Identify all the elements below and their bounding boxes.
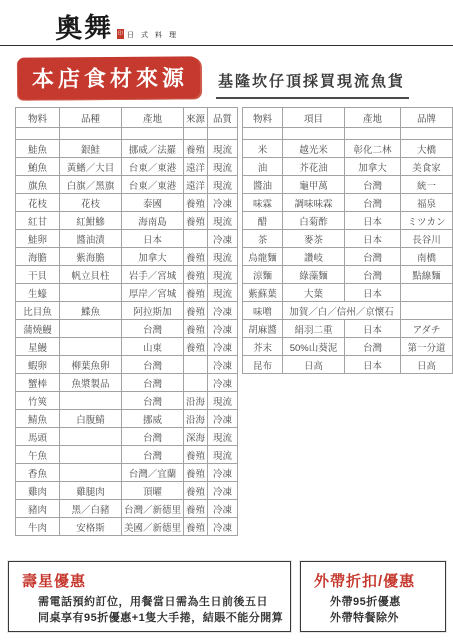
- table-cell: 竹筴: [16, 392, 60, 410]
- table-row: 紅甘紅魽鰺海南島養殖現流: [16, 212, 238, 230]
- table-cell: 台灣／宜蘭: [122, 464, 184, 482]
- table-cell: 養殖: [184, 464, 208, 482]
- table-header-row: 物料品種產地來源品質: [16, 108, 238, 128]
- column-header: 項目: [283, 108, 345, 128]
- table-cell: 養殖: [184, 248, 208, 266]
- table-cell: 鯖魚: [16, 410, 60, 428]
- table-cell: [60, 320, 122, 338]
- table-cell: 調味味霖: [283, 194, 345, 212]
- table-row: 生蠔厚岸／宮城養殖現流: [16, 284, 238, 302]
- table-cell: 午魚: [16, 446, 60, 464]
- table-cell: 冷凍: [208, 194, 238, 212]
- table-cell: 星鰻: [16, 338, 60, 356]
- table-cell: 現流: [208, 428, 238, 446]
- logo-subtitle: 日式料理: [127, 30, 183, 40]
- table-cell: 美國／新德里: [122, 518, 184, 536]
- table-cell: 養殖: [184, 518, 208, 536]
- table-cell: 雞腿肉: [60, 482, 122, 500]
- table-cell: 鮪魚: [16, 158, 60, 176]
- logo-calligraphy-text: 奧舞: [54, 5, 113, 46]
- table-row: 茶麥茶日本長谷川: [243, 230, 453, 248]
- takeout-promo-line: 外帶95折優惠: [314, 595, 439, 611]
- seafood-source-table: 物料品種產地來源品質鮭魚銀鮭挪威／法羅養殖現流鮪魚黃鰭／大目台東／東港遠洋現流旗…: [15, 107, 238, 536]
- table-cell: 冷凍: [208, 230, 238, 248]
- table-cell: 第一分道: [401, 338, 453, 356]
- table-cell: 冷凍: [208, 320, 238, 338]
- table-cell: 麥茶: [283, 230, 345, 248]
- table-cell: 烏龍麵: [243, 248, 283, 266]
- table-cell: 日本: [345, 212, 401, 230]
- table-row: 馬頭台灣深海現流: [16, 428, 238, 446]
- table-cell: 魚漿製品: [60, 374, 122, 392]
- table-cell: 台灣: [122, 428, 184, 446]
- table-row: 鮭魚銀鮭挪威／法羅養殖現流: [16, 140, 238, 158]
- table-row: 雞肉雞腿肉頂曜養殖冷凍: [16, 482, 238, 500]
- table-cell: 現流: [208, 212, 238, 230]
- table-cell: 冷凍: [208, 356, 238, 374]
- table-cell: ミツカン: [401, 212, 453, 230]
- table-row: 味霖調味味霖台灣福泉: [243, 194, 453, 212]
- table-cell: 鮭魚: [16, 140, 60, 158]
- table-cell: 蟹棒: [16, 374, 60, 392]
- table-row: 午魚台灣養殖現流: [16, 446, 238, 464]
- table-cell: 鮭卵: [16, 230, 60, 248]
- column-header: 來源: [184, 108, 208, 128]
- table-cell: 養殖: [184, 302, 208, 320]
- table-cell: 台東／東港: [122, 176, 184, 194]
- table-cell: 生蠔: [16, 284, 60, 302]
- column-header: 物料: [16, 108, 60, 128]
- table-cell: [60, 446, 122, 464]
- table-cell: [122, 128, 184, 140]
- table-cell: 阿拉斯加: [122, 302, 184, 320]
- table-cell: 沿海: [184, 410, 208, 428]
- table-cell: 醋: [243, 212, 283, 230]
- table-cell: [283, 128, 345, 140]
- table-cell: 涼麵: [243, 266, 283, 284]
- table-cell: [345, 128, 401, 140]
- table-cell: 旗魚: [16, 176, 60, 194]
- table-cell: 冷凍: [208, 374, 238, 392]
- table-row: 涼麵綠藻麵台灣點線麵: [243, 266, 453, 284]
- table-cell: [16, 128, 60, 140]
- table-cell: 海膽: [16, 248, 60, 266]
- table-cell: 豬肉: [16, 500, 60, 518]
- table-cell: 養殖: [184, 338, 208, 356]
- table-cell: 養殖: [184, 446, 208, 464]
- table-cell: 牛肉: [16, 518, 60, 536]
- market-source-subtitle: 基隆坎仔頂採買現流魚貨: [216, 70, 409, 99]
- table-cell: 干貝: [16, 266, 60, 284]
- table-cell: 胡麻醬: [243, 320, 283, 338]
- table-cell: 芥花油: [283, 158, 345, 176]
- restaurant-logo: 奧舞 印 日式料理: [55, 6, 183, 45]
- table-cell: 冷凍: [208, 338, 238, 356]
- table-cell: 挪威: [122, 410, 184, 428]
- table-cell: 頂曜: [122, 482, 184, 500]
- table-cell: 台灣: [122, 446, 184, 464]
- table-cell: [401, 128, 453, 140]
- takeout-promo-title: 外帶折扣/優惠: [314, 570, 439, 591]
- promo-section: 壽星優惠 需電話預約訂位，用餐當日需為生日前後五日 同桌享有95折優惠+1隻大手…: [8, 561, 446, 632]
- table-cell: 銀鮭: [60, 140, 122, 158]
- table-row: 醋白菊酢日本ミツカン: [243, 212, 453, 230]
- table-cell: 醬油: [243, 176, 283, 194]
- table-cell: 日本: [345, 320, 401, 338]
- table-cell: 鰈魚: [60, 302, 122, 320]
- table-row: 比目魚鰈魚阿拉斯加養殖冷凍: [16, 302, 238, 320]
- table-cell: 養殖: [184, 212, 208, 230]
- table-cell: [60, 392, 122, 410]
- table-cell: 現流: [208, 140, 238, 158]
- table-cell: 紫蘇葉: [243, 284, 283, 302]
- table-row: 蝦卵柳葉魚卵台灣冷凍: [16, 356, 238, 374]
- table-cell: 日高: [283, 356, 345, 374]
- table-cell: 厚岸／宮城: [122, 284, 184, 302]
- table-cell: 台灣: [345, 194, 401, 212]
- table-cell: 白菊酢: [283, 212, 345, 230]
- birthday-promo-line: 同桌享有95折優惠+1隻大手捲，結賬不能分開算: [22, 611, 284, 627]
- table-row: 米越光米彰化二林大橋: [243, 140, 453, 158]
- column-header: 品質: [208, 108, 238, 128]
- table-cell: 台灣: [122, 320, 184, 338]
- table-cell: 冷凍: [208, 482, 238, 500]
- top-logo-bar: 奧舞 印 日式料理: [0, 0, 453, 46]
- table-row: 星鰻山東養殖冷凍: [16, 338, 238, 356]
- table-row: 竹筴台灣沿海現流: [16, 392, 238, 410]
- table-cell: 絹羽二重: [283, 320, 345, 338]
- table-header-row: 物料項目產地品牌: [243, 108, 453, 128]
- table-cell: 現流: [208, 158, 238, 176]
- table-cell: 昆布: [243, 356, 283, 374]
- table-cell: 柳葉魚卵: [60, 356, 122, 374]
- table-cell: 大葉: [283, 284, 345, 302]
- table-cell: [184, 230, 208, 248]
- table-cell: 養殖: [184, 500, 208, 518]
- table-row: 鯖魚白腹鯖挪威沿海冷凍: [16, 410, 238, 428]
- table-cell: 50%山葵泥: [283, 338, 345, 356]
- table-cell: [60, 338, 122, 356]
- table-row: 干貝帆立貝柱岩手／宮城養殖現流: [16, 266, 238, 284]
- table-cell: アダチ: [401, 320, 453, 338]
- table-cell: 養殖: [184, 140, 208, 158]
- table-cell: 米: [243, 140, 283, 158]
- table-cell: [60, 128, 122, 140]
- table-cell: 岩手／宮城: [122, 266, 184, 284]
- table-cell: 雞肉: [16, 482, 60, 500]
- table-row: [16, 128, 238, 140]
- table-cell: [60, 464, 122, 482]
- logo-red-seal-icon: 印: [117, 29, 124, 39]
- table-cell: 台灣: [122, 356, 184, 374]
- table-cell: 台東／東港: [122, 158, 184, 176]
- table-cell: 黃鰭／大目: [60, 158, 122, 176]
- table-cell: 紫海膽: [60, 248, 122, 266]
- table-row: 油芥花油加拿大美食家: [243, 158, 453, 176]
- table-cell: 深海: [184, 428, 208, 446]
- table-cell: 現流: [208, 248, 238, 266]
- table-cell: 龜甲萬: [283, 176, 345, 194]
- table-row: 牛肉安格斯美國／新德里養殖冷凍: [16, 518, 238, 536]
- table-cell: 醬油漬: [60, 230, 122, 248]
- table-cell: [184, 356, 208, 374]
- table-cell: [60, 428, 122, 446]
- takeout-promo-line: 外帶特餐除外: [314, 611, 439, 627]
- table-cell: 冷凍: [208, 500, 238, 518]
- table-cell: 冷凍: [208, 410, 238, 428]
- table-cell: [208, 128, 238, 140]
- table-cell: 讚岐: [283, 248, 345, 266]
- table-cell: 台灣: [345, 266, 401, 284]
- table-row: 昆布日高日本日高: [243, 356, 453, 374]
- birthday-promo-line: 需電話預約訂位，用餐當日需為生日前後五日: [22, 595, 284, 611]
- table-cell: 茶: [243, 230, 283, 248]
- table-cell: 山東: [122, 338, 184, 356]
- table-cell: 花枝: [60, 194, 122, 212]
- table-cell: 遠洋: [184, 176, 208, 194]
- table-cell: 台灣: [122, 374, 184, 392]
- column-header: 品牌: [401, 108, 453, 128]
- table-cell: 冷凍: [208, 464, 238, 482]
- table-cell: 花枝: [16, 194, 60, 212]
- table-cell: [243, 128, 283, 140]
- table-cell: 馬頭: [16, 428, 60, 446]
- table-cell: 白腹鯖: [60, 410, 122, 428]
- table-cell: 現流: [208, 176, 238, 194]
- table-cell: 台灣: [345, 248, 401, 266]
- table-cell: 台灣: [122, 392, 184, 410]
- table-cell: [401, 284, 453, 302]
- table-row: 鮭卵醬油漬日本冷凍: [16, 230, 238, 248]
- table-cell: 加賀／白／信州／京懷石: [283, 302, 401, 320]
- table-cell: 冷凍: [208, 518, 238, 536]
- table-cell: 蝦卵: [16, 356, 60, 374]
- table-cell: 日本: [345, 284, 401, 302]
- table-cell: 長谷川: [401, 230, 453, 248]
- section-heading: 本店食材來源 基隆坎仔頂採買現流魚貨: [18, 57, 453, 99]
- table-cell: [401, 302, 453, 320]
- column-header: 物料: [243, 108, 283, 128]
- table-cell: 黑／白豬: [60, 500, 122, 518]
- table-cell: 養殖: [184, 482, 208, 500]
- table-row: 醬油龜甲萬台灣統一: [243, 176, 453, 194]
- table-cell: 紅魽鰺: [60, 212, 122, 230]
- grocery-source-table: 物料項目產地品牌米越光米彰化二林大橋油芥花油加拿大美食家醬油龜甲萬台灣統一味霖調…: [242, 107, 453, 374]
- table-cell: 油: [243, 158, 283, 176]
- column-header: 品種: [60, 108, 122, 128]
- ingredient-tables: 物料品種產地來源品質鮭魚銀鮭挪威／法羅養殖現流鮪魚黃鰭／大目台東／東港遠洋現流旗…: [0, 107, 453, 536]
- table-cell: 福泉: [401, 194, 453, 212]
- table-row: 鮪魚黃鰭／大目台東／東港遠洋現流: [16, 158, 238, 176]
- table-cell: 香魚: [16, 464, 60, 482]
- table-cell: 安格斯: [60, 518, 122, 536]
- table-row: 蒲燒鰻台灣養殖冷凍: [16, 320, 238, 338]
- table-cell: 統一: [401, 176, 453, 194]
- table-row: 花枝花枝泰國養殖冷凍: [16, 194, 238, 212]
- table-row: 胡麻醬絹羽二重日本アダチ: [243, 320, 453, 338]
- table-cell: 現流: [208, 392, 238, 410]
- table-cell: 帆立貝柱: [60, 266, 122, 284]
- table-cell: 日本: [345, 356, 401, 374]
- table-cell: 彰化二林: [345, 140, 401, 158]
- table-cell: 點線麵: [401, 266, 453, 284]
- table-cell: 味霖: [243, 194, 283, 212]
- table-cell: 養殖: [184, 194, 208, 212]
- table-cell: 台灣: [345, 176, 401, 194]
- table-row: 紫蘇葉大葉日本: [243, 284, 453, 302]
- table-cell: 台灣: [345, 338, 401, 356]
- takeout-promo-box: 外帶折扣/優惠 外帶95折優惠 外帶特餐除外: [300, 561, 446, 632]
- table-cell: 日高: [401, 356, 453, 374]
- red-stamp-title: 本店食材來源: [18, 56, 200, 99]
- table-cell: 遠洋: [184, 158, 208, 176]
- column-header: 產地: [345, 108, 401, 128]
- table-row: 旗魚白旗／黑旗台東／東港遠洋現流: [16, 176, 238, 194]
- table-cell: 味噌: [243, 302, 283, 320]
- table-row: 味噌加賀／白／信州／京懷石: [243, 302, 453, 320]
- table-cell: 大橋: [401, 140, 453, 158]
- table-cell: 台灣／新德里: [122, 500, 184, 518]
- birthday-promo-box: 壽星優惠 需電話預約訂位，用餐當日需為生日前後五日 同桌享有95折優惠+1隻大手…: [8, 561, 291, 632]
- table-row: 蟹棒魚漿製品台灣冷凍: [16, 374, 238, 392]
- table-cell: 白旗／黑旗: [60, 176, 122, 194]
- table-cell: 日本: [345, 230, 401, 248]
- table-cell: 養殖: [184, 266, 208, 284]
- table-cell: 泰國: [122, 194, 184, 212]
- table-cell: 芥末: [243, 338, 283, 356]
- table-row: [243, 128, 453, 140]
- table-cell: 日本: [122, 230, 184, 248]
- table-cell: 挪威／法羅: [122, 140, 184, 158]
- table-cell: 加拿大: [345, 158, 401, 176]
- table-cell: 養殖: [184, 284, 208, 302]
- table-cell: 越光米: [283, 140, 345, 158]
- table-cell: 南橋: [401, 248, 453, 266]
- table-row: 烏龍麵讚岐台灣南橋: [243, 248, 453, 266]
- table-cell: 蒲燒鰻: [16, 320, 60, 338]
- table-cell: 現流: [208, 266, 238, 284]
- table-cell: [60, 284, 122, 302]
- table-cell: 美食家: [401, 158, 453, 176]
- table-row: 芥末50%山葵泥台灣第一分道: [243, 338, 453, 356]
- table-cell: 綠藻麵: [283, 266, 345, 284]
- table-cell: [184, 128, 208, 140]
- table-row: 豬肉黑／白豬台灣／新德里養殖冷凍: [16, 500, 238, 518]
- table-cell: 加拿大: [122, 248, 184, 266]
- table-cell: 沿海: [184, 392, 208, 410]
- table-cell: 養殖: [184, 320, 208, 338]
- table-row: 海膽紫海膽加拿大養殖現流: [16, 248, 238, 266]
- table-cell: 現流: [208, 284, 238, 302]
- table-row: 香魚台灣／宜蘭養殖冷凍: [16, 464, 238, 482]
- table-cell: 冷凍: [208, 302, 238, 320]
- column-header: 產地: [122, 108, 184, 128]
- table-cell: [184, 374, 208, 392]
- table-cell: 比目魚: [16, 302, 60, 320]
- table-cell: 現流: [208, 446, 238, 464]
- table-cell: 紅甘: [16, 212, 60, 230]
- table-cell: 海南島: [122, 212, 184, 230]
- birthday-promo-title: 壽星優惠: [22, 570, 284, 591]
